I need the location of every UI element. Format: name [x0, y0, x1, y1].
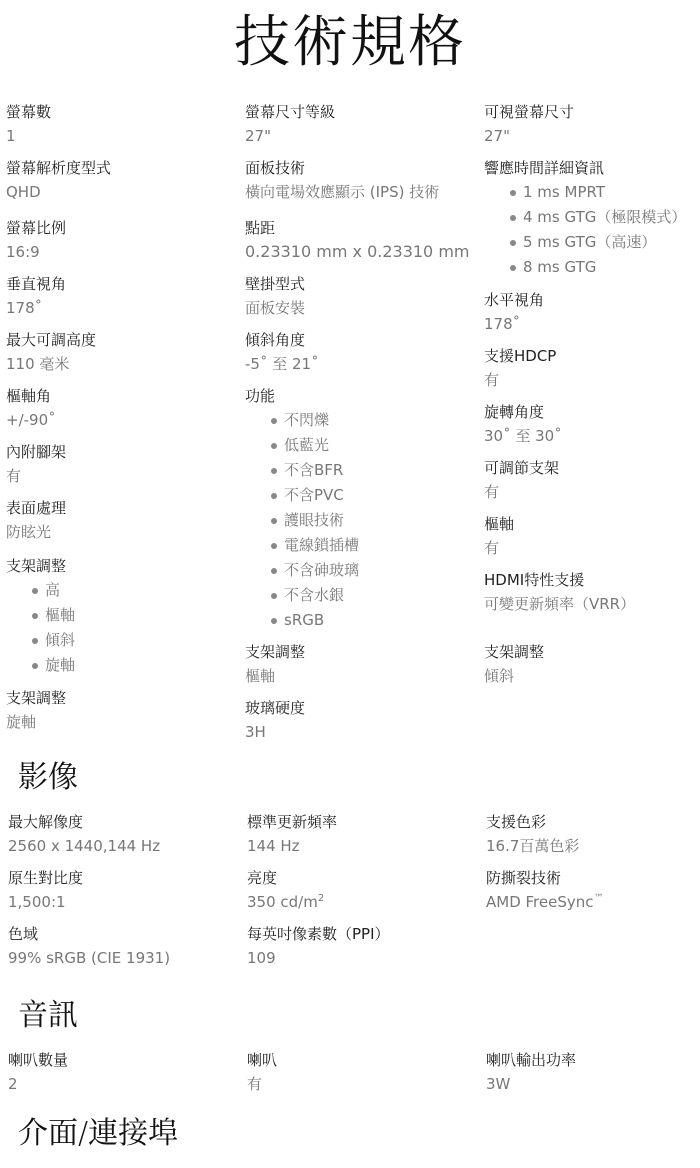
- spec-value: 旋軸: [6, 710, 66, 734]
- spec-label: 傾斜角度: [245, 328, 319, 352]
- bullet-icon: [271, 443, 277, 449]
- list-item-text: 電線鎖插槽: [284, 536, 359, 554]
- spec-label: HDMI特性支援: [484, 568, 635, 592]
- list-item-text: 1 ms MPRT: [523, 183, 605, 201]
- list-item-text: 護眼技術: [284, 511, 344, 529]
- spec-label: 可調節支架: [484, 456, 559, 480]
- list-item: 高: [30, 578, 75, 603]
- spec-horizontal-view-angle: 水平視角 178˚: [484, 288, 544, 336]
- spec-max-resolution: 最大解像度 2560 x 1440,144 Hz: [8, 810, 160, 858]
- spec-list: 不閃爍 低藍光 不含BFR 不含PVC 護眼技術 電線鎖插槽 不含砷玻璃 不含水…: [245, 408, 359, 633]
- spec-label: 水平視角: [484, 288, 544, 312]
- spec-value: 橫向電場效應顯示 (IPS) 技術: [245, 180, 439, 204]
- spec-value: -5˚ 至 21˚: [245, 352, 319, 376]
- list-item: 電線鎖插槽: [269, 533, 359, 558]
- bullet-icon: [271, 518, 277, 524]
- audio-col-1: 喇叭數量 2: [8, 1048, 240, 1096]
- spec-features: 功能 不閃爍 低藍光 不含BFR 不含PVC 護眼技術 電線鎖插槽 不含砷玻璃 …: [245, 384, 359, 633]
- spec-stand-adjust: 支架調整 樞軸: [245, 640, 305, 688]
- spec-stand-included: 內附腳架 有: [6, 440, 66, 488]
- spec-value: 面板安裝: [245, 296, 305, 320]
- spec-list: 1 ms MPRT 4 ms GTG（極限模式） 5 ms GTG（高速） 8 …: [484, 180, 686, 280]
- list-item: 旋軸: [30, 653, 75, 678]
- spec-label: 點距: [245, 216, 469, 240]
- spec-value: 27": [245, 124, 335, 148]
- superscript: 2: [318, 893, 324, 904]
- spec-adjustable-stand: 可調節支架 有: [484, 456, 559, 504]
- spec-value: 3W: [486, 1072, 700, 1096]
- bullet-icon: [32, 638, 38, 644]
- bullet-icon: [510, 265, 516, 271]
- spec-value: 16:9: [6, 240, 66, 264]
- spec-stand-adjust-list: 支架調整 高 樞軸 傾斜 旋軸: [6, 554, 75, 678]
- spec-stand-adjust: 支架調整 旋軸: [6, 686, 66, 734]
- spec-resolution-type: 螢幕解析度型式 QHD: [6, 156, 111, 204]
- spec-anti-tearing: 防撕裂技術 AMD FreeSync™: [486, 866, 604, 914]
- spec-label: 每英吋像素數（PPI）: [247, 922, 390, 946]
- list-item: 樞軸: [30, 603, 75, 628]
- spec-value: 有: [6, 464, 66, 488]
- spec-label: 支架調整: [6, 554, 75, 578]
- spec-pixel-pitch: 點距 0.23310 mm x 0.23310 mm: [245, 216, 469, 264]
- spec-screen-count: 螢幕數 1: [6, 100, 51, 148]
- list-item-text: 8 ms GTG: [523, 258, 596, 276]
- section-title-interface: 介面/連接埠: [18, 1114, 178, 1154]
- list-item: 傾斜: [30, 628, 75, 653]
- spec-pivot-angle: 樞軸角 +/-90˚: [6, 384, 56, 432]
- spec-label: 壁掛型式: [245, 272, 305, 296]
- spec-label: 表面處理: [6, 496, 66, 520]
- page-title: 技術規格: [0, 8, 700, 78]
- spec-surface-treatment: 表面處理 防眩光: [6, 496, 66, 544]
- spec-value: 99% sRGB (CIE 1931): [8, 946, 170, 970]
- spec-refresh-rate: 標準更新頻率 144 Hz: [247, 810, 337, 858]
- spec-value: 2560 x 1440,144 Hz: [8, 834, 160, 858]
- spec-value: 3H: [245, 720, 305, 744]
- list-item: 不閃爍: [269, 408, 359, 433]
- list-item-text: 不含BFR: [284, 461, 343, 479]
- spec-value: 樞軸: [245, 664, 305, 688]
- spec-label: 內附腳架: [6, 440, 66, 464]
- spec-value: 16.7百萬色彩: [486, 834, 579, 858]
- spec-speaker-output: 喇叭輸出功率 3W: [486, 1048, 700, 1096]
- spec-label: 亮度: [247, 866, 324, 890]
- spec-label: 最大可調高度: [6, 328, 96, 352]
- section-title-audio: 音訊: [18, 996, 78, 1036]
- spec-value: 109: [247, 946, 390, 970]
- spec-viewable-size: 可視螢幕尺寸 27": [484, 100, 574, 148]
- audio-col-3: 喇叭輸出功率 3W: [486, 1048, 700, 1096]
- spec-label: 原生對比度: [8, 866, 83, 890]
- value-text: 350 cd/m: [247, 893, 318, 911]
- bullet-icon: [271, 593, 277, 599]
- bullet-icon: [271, 543, 277, 549]
- bullet-icon: [510, 215, 516, 221]
- spec-list: 高 樞軸 傾斜 旋軸: [6, 578, 75, 678]
- spec-label: 樞軸: [484, 512, 514, 536]
- bullet-icon: [271, 618, 277, 624]
- spec-panel-tech: 面板技術 橫向電場效應顯示 (IPS) 技術: [245, 156, 439, 204]
- spec-value: 有: [484, 480, 559, 504]
- spec-pivot: 樞軸 有: [484, 512, 514, 560]
- spec-speaker-count: 喇叭數量 2: [8, 1048, 240, 1096]
- spec-value: 350 cd/m2: [247, 890, 324, 914]
- list-item: 4 ms GTG（極限模式）: [508, 205, 686, 230]
- list-item: 不含水銀: [269, 583, 359, 608]
- bullet-icon: [271, 493, 277, 499]
- list-item-text: 旋軸: [45, 656, 75, 674]
- spec-value: 27": [484, 124, 574, 148]
- list-item-text: 5 ms GTG（高速）: [523, 233, 656, 251]
- spec-max-height: 最大可調高度 110 毫米: [6, 328, 96, 376]
- spec-label: 喇叭: [247, 1048, 479, 1072]
- spec-value: 1: [6, 124, 51, 148]
- spec-response-time: 響應時間詳細資訊 1 ms MPRT 4 ms GTG（極限模式） 5 ms G…: [484, 156, 686, 280]
- list-item: 低藍光: [269, 433, 359, 458]
- spec-value: QHD: [6, 180, 111, 204]
- spec-label: 螢幕解析度型式: [6, 156, 111, 180]
- list-item: 5 ms GTG（高速）: [508, 230, 686, 255]
- spec-aspect-ratio: 螢幕比例 16:9: [6, 216, 66, 264]
- spec-label: 支架調整: [6, 686, 66, 710]
- spec-value: 0.23310 mm x 0.23310 mm: [245, 240, 469, 264]
- spec-color-support: 支援色彩 16.7百萬色彩: [486, 810, 579, 858]
- spec-value: 可變更新頻率（VRR）: [484, 592, 635, 616]
- spec-label: 可視螢幕尺寸: [484, 100, 574, 124]
- spec-value: 傾斜: [484, 664, 544, 688]
- spec-hdcp: 支援HDCP 有: [484, 344, 556, 392]
- section-title-image: 影像: [18, 758, 78, 798]
- spec-screen-size-class: 螢幕尺寸等級 27": [245, 100, 335, 148]
- spec-value: 2: [8, 1072, 240, 1096]
- list-item-text: 4 ms GTG（極限模式）: [523, 208, 686, 226]
- spec-contrast-ratio: 原生對比度 1,500:1: [8, 866, 83, 914]
- audio-col-2: 喇叭 有: [247, 1048, 479, 1096]
- spec-label: 喇叭數量: [8, 1048, 240, 1072]
- spec-brightness: 亮度 350 cd/m2: [247, 866, 324, 914]
- spec-value: 30˚ 至 30˚: [484, 424, 562, 448]
- list-item-text: 樞軸: [45, 606, 75, 624]
- value-text: AMD FreeSync: [486, 893, 594, 911]
- spec-tilt-angle: 傾斜角度 -5˚ 至 21˚: [245, 328, 319, 376]
- spec-label: 面板技術: [245, 156, 439, 180]
- spec-label: 垂直視角: [6, 272, 66, 296]
- list-item: 不含PVC: [269, 483, 359, 508]
- list-item-text: 傾斜: [45, 631, 75, 649]
- spec-value: 有: [247, 1072, 479, 1096]
- spec-label: 色域: [8, 922, 170, 946]
- bullet-icon: [510, 190, 516, 196]
- spec-ppi: 每英吋像素數（PPI） 109: [247, 922, 390, 970]
- list-item-text: 不含PVC: [284, 486, 344, 504]
- list-item-text: 不含水銀: [284, 586, 344, 604]
- spec-value: 有: [484, 368, 556, 392]
- spec-value: 有: [484, 536, 514, 560]
- spec-label: 螢幕尺寸等級: [245, 100, 335, 124]
- spec-swivel-angle: 旋轉角度 30˚ 至 30˚: [484, 400, 562, 448]
- list-item-text: 低藍光: [284, 436, 329, 454]
- spec-label: 旋轉角度: [484, 400, 562, 424]
- bullet-icon: [32, 588, 38, 594]
- list-item: 8 ms GTG: [508, 255, 686, 280]
- bullet-icon: [32, 663, 38, 669]
- list-item: 1 ms MPRT: [508, 180, 686, 205]
- list-item-text: 不含砷玻璃: [284, 561, 359, 579]
- spec-value: 178˚: [6, 296, 66, 320]
- spec-label: 支援HDCP: [484, 344, 556, 368]
- bullet-icon: [271, 468, 277, 474]
- spec-label: 最大解像度: [8, 810, 160, 834]
- spec-label: 喇叭輸出功率: [486, 1048, 700, 1072]
- spec-label: 支架調整: [245, 640, 305, 664]
- spec-label: 標準更新頻率: [247, 810, 337, 834]
- spec-speakers: 喇叭 有: [247, 1048, 479, 1096]
- spec-label: 螢幕數: [6, 100, 51, 124]
- list-item-text: 不閃爍: [284, 411, 329, 429]
- spec-wall-mount: 壁掛型式 面板安裝: [245, 272, 305, 320]
- spec-value: +/-90˚: [6, 408, 56, 432]
- spec-value: AMD FreeSync™: [486, 890, 604, 914]
- bullet-icon: [32, 613, 38, 619]
- list-item: 不含BFR: [269, 458, 359, 483]
- spec-label: 防撕裂技術: [486, 866, 604, 890]
- spec-label: 玻璃硬度: [245, 696, 305, 720]
- spec-value: 178˚: [484, 312, 544, 336]
- spec-label: 樞軸角: [6, 384, 56, 408]
- spec-stand-adjust: 支架調整 傾斜: [484, 640, 544, 688]
- list-item: sRGB: [269, 608, 359, 633]
- list-item-text: 高: [45, 581, 60, 599]
- spec-vertical-view-angle: 垂直視角 178˚: [6, 272, 66, 320]
- list-item-text: sRGB: [284, 611, 324, 629]
- spec-label: 支援色彩: [486, 810, 579, 834]
- list-item: 護眼技術: [269, 508, 359, 533]
- bullet-icon: [510, 240, 516, 246]
- spec-value: 防眩光: [6, 520, 66, 544]
- spec-color-gamut: 色域 99% sRGB (CIE 1931): [8, 922, 170, 970]
- bullet-icon: [271, 418, 277, 424]
- spec-value: 144 Hz: [247, 834, 337, 858]
- spec-glass-hardness: 玻璃硬度 3H: [245, 696, 305, 744]
- spec-label: 支架調整: [484, 640, 544, 664]
- spec-value: 110 毫米: [6, 352, 96, 376]
- spec-label: 螢幕比例: [6, 216, 66, 240]
- trademark-symbol: ™: [594, 893, 604, 904]
- spec-label: 響應時間詳細資訊: [484, 156, 686, 180]
- spec-label: 功能: [245, 384, 359, 408]
- bullet-icon: [271, 568, 277, 574]
- list-item: 不含砷玻璃: [269, 558, 359, 583]
- spec-value: 1,500:1: [8, 890, 83, 914]
- spec-hdmi-features: HDMI特性支援 可變更新頻率（VRR）: [484, 568, 635, 616]
